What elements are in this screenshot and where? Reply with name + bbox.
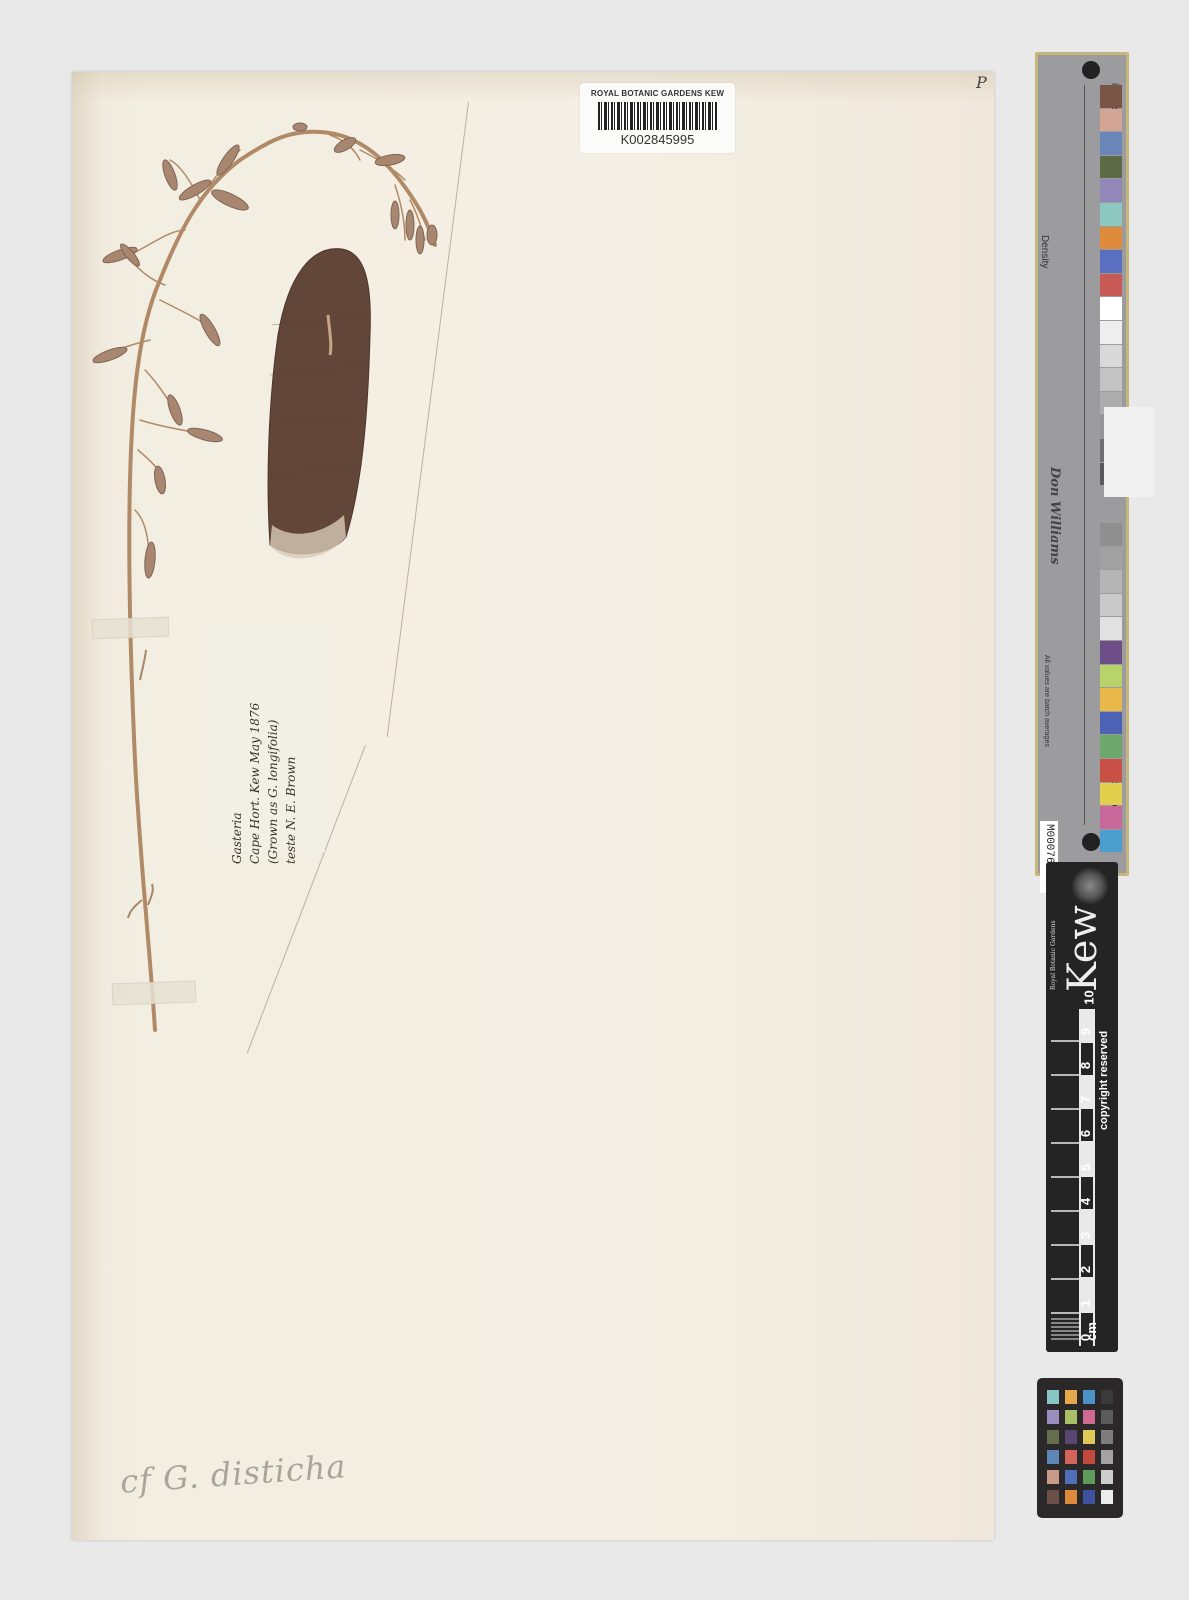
checker-cell: [1083, 1490, 1095, 1504]
ruler-tick-label: 7: [1078, 1096, 1093, 1103]
color-chip: [1100, 712, 1122, 735]
color-chip: [1100, 274, 1122, 297]
checker-cell: [1047, 1470, 1059, 1484]
color-chip: [1100, 156, 1122, 179]
specimen-leaf: [262, 245, 372, 563]
ruler-tick-label: 2: [1078, 1266, 1093, 1273]
determination-text: Gasteria Cape Hort. Kew May 1876 (Grown …: [228, 648, 300, 864]
ruler-tick-label: 8: [1078, 1062, 1093, 1069]
kew-ruler: Kew Royal Botanic Gardens copyright rese…: [1046, 862, 1118, 1352]
label-line-locality-date: Cape Hort. Kew May 1876: [246, 648, 264, 864]
kew-crest-icon: [1072, 866, 1108, 906]
color-chip: [1100, 665, 1122, 688]
checker-cell: [1065, 1390, 1077, 1404]
scale-density-label: Density: [1039, 235, 1050, 268]
color-chip: [1100, 368, 1122, 391]
color-chip: [1100, 523, 1122, 546]
checker-cell: [1047, 1490, 1059, 1504]
ruler-tick-label: 10: [1082, 990, 1097, 1004]
checker-cell: [1083, 1410, 1095, 1424]
ruler-tick-label: 1: [1078, 1300, 1093, 1307]
checker-cell: [1101, 1470, 1113, 1484]
density-chart-inset: [1104, 407, 1154, 497]
color-chip: [1100, 250, 1122, 273]
color-chip: [1100, 227, 1122, 250]
color-chip: [1100, 109, 1122, 132]
checker-cell: [1065, 1410, 1077, 1424]
color-chip: [1100, 547, 1122, 570]
ruler-scale-bars: [1051, 1009, 1095, 1346]
mounting-tape: [92, 617, 170, 640]
ruler-tick-label: 4: [1078, 1198, 1093, 1205]
mounting-tape: [112, 981, 197, 1006]
color-chip: [1100, 735, 1122, 758]
scale-brand: Don Williams: [1047, 467, 1062, 565]
checker-cell: [1065, 1450, 1077, 1464]
checker-cell: [1047, 1450, 1059, 1464]
scale-hole-top: [1082, 61, 1100, 79]
color-chip: [1100, 641, 1122, 664]
color-chip: [1100, 321, 1122, 344]
label-line-teste: teste N. E. Brown: [282, 648, 300, 864]
checker-cell: [1047, 1430, 1059, 1444]
scale-note: All values are batch averages: [1043, 655, 1050, 747]
checker-cell: [1047, 1390, 1059, 1404]
color-chip: [1100, 570, 1122, 593]
checker-cell: [1101, 1410, 1113, 1424]
color-chip: [1100, 594, 1122, 617]
checker-cell: [1083, 1430, 1095, 1444]
checker-cell: [1083, 1390, 1095, 1404]
color-chip: [1100, 345, 1122, 368]
ruler-tick-label: 3: [1078, 1232, 1093, 1239]
checker-cell: [1101, 1390, 1113, 1404]
color-chip: [1100, 688, 1122, 711]
color-chip: [1100, 132, 1122, 155]
ruler-tick-label: 9: [1078, 1028, 1093, 1035]
checker-cell: [1065, 1490, 1077, 1504]
copyright-text: copyright reserved: [1098, 1031, 1110, 1130]
kew-subtitle: Royal Botanic Gardens: [1050, 920, 1057, 990]
checker-cell: [1083, 1450, 1095, 1464]
color-chip: [1100, 759, 1122, 782]
determination-label: Gasteria Cape Hort. Kew May 1876 (Grown …: [203, 630, 325, 852]
checker-cell: [1101, 1430, 1113, 1444]
checker-cell: [1101, 1450, 1113, 1464]
ruler-unit: cm: [1084, 1322, 1099, 1341]
kew-logo: Kew: [1060, 905, 1106, 992]
scale-divider: [1084, 85, 1099, 825]
scale-hole-bottom: [1082, 833, 1100, 851]
color-chip: [1100, 806, 1122, 829]
color-chip: [1100, 179, 1122, 202]
color-chip: [1100, 830, 1122, 853]
checker-cell: [1101, 1490, 1113, 1504]
color-chip: [1100, 85, 1122, 108]
color-chip: [1100, 617, 1122, 640]
color-checker-card: [1037, 1378, 1123, 1518]
ruler-tick-label: 6: [1078, 1130, 1093, 1137]
ruler-tick-label: 5: [1078, 1164, 1093, 1171]
specimen-inflorescence: [0, 0, 1189, 1600]
color-calibration-scale: inches Density Don Williams All values a…: [1035, 52, 1129, 876]
checker-cell: [1083, 1470, 1095, 1484]
checker-cell: [1065, 1470, 1077, 1484]
color-chip: [1100, 297, 1122, 320]
label-line-grown-as: (Grown as G. longifolia): [264, 648, 282, 864]
checker-cell: [1065, 1430, 1077, 1444]
color-chip: [1100, 203, 1122, 226]
label-line-genus: Gasteria: [228, 648, 246, 864]
checker-cell: [1047, 1410, 1059, 1424]
color-chip: [1100, 783, 1122, 806]
